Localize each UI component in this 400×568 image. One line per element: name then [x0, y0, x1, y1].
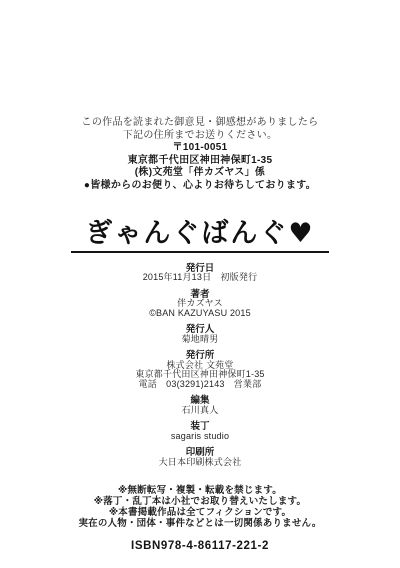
entry-editor: 編集 石川真人 [0, 393, 400, 415]
mail-recipient: (株)文苑堂「伴カズヤス」係 [0, 167, 400, 180]
book-title: ぎゃんぐばんぐ♥ [71, 220, 328, 253]
notice-line: 実在の人物・団体・事件などとは一切関係ありません。 [0, 519, 400, 530]
publisher-address: 東京都千代田区神田神保町1-35 [0, 155, 400, 168]
entry-printer: 印刷所 大日本印刷株式会社 [0, 445, 400, 467]
entry-value: 2015年11月13日 初版発行 [0, 273, 400, 283]
entry-value: 菊地晴男 [0, 335, 400, 345]
colophon-entries: 発行日 2015年11月13日 初版発行 著者 伴カズヤス ©BAN KAZUY… [0, 261, 400, 468]
legal-notices: ※無断転写・複製・転載を禁じます。 ※落丁・乱丁本は小社でお取り替えいたします。… [0, 486, 400, 529]
entry-publishing-house: 発行所 株式会社 文苑堂 東京都千代田区神田神保町1-35 電話 03(3291… [0, 348, 400, 389]
entry-publication-date: 発行日 2015年11月13日 初版発行 [0, 261, 400, 283]
isbn-number: ISBN978-4-86117-221-2 [0, 540, 400, 552]
copyright-line: ©BAN KAZUYASU 2015 [0, 309, 400, 319]
colophon-page: この作品を読まれた御意見・御感想がありましたら 下記の住所までお送りください。 … [0, 0, 400, 568]
entry-author: 著者 伴カズヤス ©BAN KAZUYASU 2015 [0, 287, 400, 319]
entry-value: sagaris studio [0, 432, 400, 442]
postal-code: 〒101-0051 [0, 142, 400, 155]
mail-intro-line2: 下記の住所までお送りください。 [0, 130, 400, 143]
title-row: ぎゃんぐばんぐ♥ [0, 220, 400, 253]
mail-note: ●皆様からのお便り、心よりお待ちしております。 [0, 180, 400, 193]
entry-design: 装丁 sagaris studio [0, 419, 400, 441]
reader-mail-block: この作品を読まれた御意見・御感想がありましたら 下記の住所までお送りください。 … [0, 0, 400, 193]
entry-publisher-person: 発行人 菊地晴男 [0, 322, 400, 344]
entry-value: 石川真人 [0, 406, 400, 416]
mail-intro-line1: この作品を読まれた御意見・御感想がありましたら [0, 117, 400, 130]
publisher-phone: 電話 03(3291)2143 営業部 [0, 380, 400, 390]
entry-value: 大日本印刷株式会社 [0, 458, 400, 468]
